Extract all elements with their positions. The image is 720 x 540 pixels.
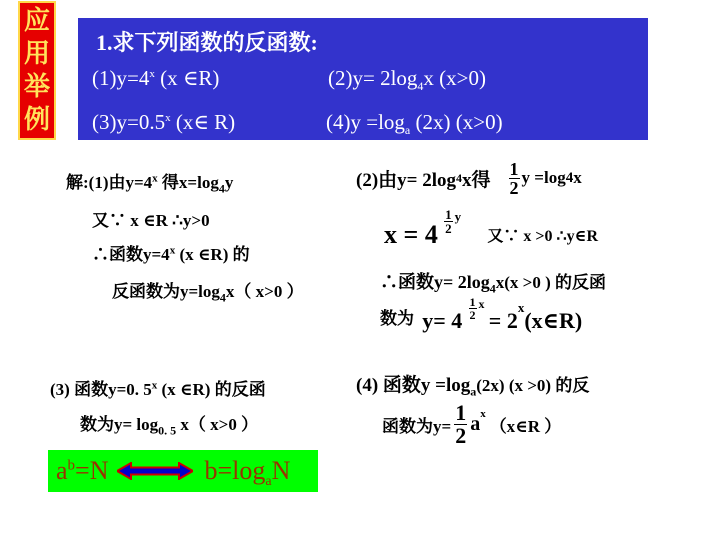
solution2-line4: 数为 y= 4 12x = 2x(x∈R): [380, 296, 582, 340]
problem-item-2: (2)y= 2log4x (x>0): [328, 66, 486, 91]
solution1-line3: ∴函数y=4x (x ∈R) 的: [92, 240, 250, 265]
solution1-line2: 又∵ x ∈R ∴y>0: [92, 206, 210, 231]
solution3-line1: (3) 函数y=0. 5x (x ∈R) 的反函: [50, 375, 266, 400]
fraction-one-half: 12: [454, 402, 467, 447]
problem-title: 1.求下列函数的反函数:: [96, 26, 318, 57]
problem-item-4: (4)y =loga (2x) (x>0): [326, 110, 503, 135]
exponent-fraction: 12: [469, 296, 477, 321]
side-label-example: 应 用 举 例: [18, 1, 56, 140]
log-identity-box: ab=N b=logaN: [48, 450, 318, 492]
solution2-line3: ∴函数y= 2log4x(x >0 ) 的反函: [380, 268, 606, 294]
solution3-line2: 数为y= log0. 5 x（ x>0 ）: [80, 410, 258, 435]
solution2-line2: x = 4 12y 又∵ x >0 ∴y∈R: [384, 208, 598, 252]
problem-item-1: (1)y=4x (x ∈R): [92, 66, 219, 91]
problem-item-3: (3)y=0.5x (x∈ R): [92, 110, 235, 135]
side-label-char: 应: [24, 6, 50, 36]
solution1-line4: 反函数为y=log4x（ x>0 ）: [112, 277, 304, 302]
solution2-line1: (2)由y= 2log4x得 12 y =log4 x: [356, 160, 582, 196]
logarithmic-form: b=logaN: [205, 456, 291, 486]
solution4-line1: (4) 函数y =loga(2x) (x >0) 的反: [356, 370, 589, 397]
side-label-char: 用: [24, 39, 50, 69]
fraction-one-half: 12: [509, 160, 520, 197]
exponent-fraction: 12: [444, 208, 453, 235]
side-label-char: 例: [24, 105, 50, 135]
exponential-form: ab=N: [56, 456, 109, 486]
double-arrow-icon: [117, 462, 193, 480]
side-label-char: 举: [24, 72, 50, 102]
solution1-line1: 解:(1)由y=4x 得x=log4y: [66, 168, 233, 193]
solution4-line2: 函数为y= 12 ax （x∈R ）: [382, 398, 561, 450]
